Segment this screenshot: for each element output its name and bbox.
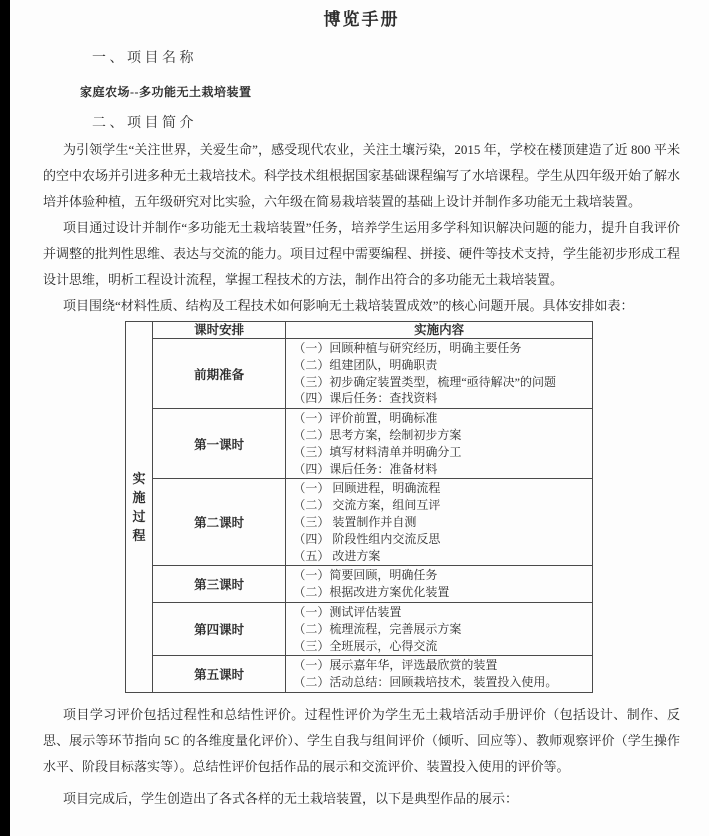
item-line: （二）思考方案，绘制初步方案 [293,427,590,444]
table-row-lesson-1: 第一课时 （一）评价前置，明确标准 （二）思考方案，绘制初步方案 （三）填写材料… [126,409,593,479]
row-label: 第三课时 [153,566,286,603]
table-row-lesson-3: 第三课时 （一）简要回顾，明确任务 （二）根据改进方案优化装置 [126,566,593,603]
section-heading-project-intro: 二、项目简介 [92,115,680,133]
item-line: （四）课后任务：查找资料 [293,390,590,407]
item-line: （四） 阶段性组内交流反思 [293,531,590,548]
item-line: （二）组建团队，明确职责 [293,357,590,374]
item-line: （五） 改进方案 [293,548,590,565]
vertical-label-char: 实 [126,469,152,488]
row-items: （一）测试评估装置 （二）梳理流程，完善展示方案 （三）全班展示，心得交流 [286,602,593,655]
item-line: （一）简要回顾，明确任务 [293,567,590,584]
table-row-lesson-5: 第五课时 （一）展示嘉年华，评选最欣赏的装置 （二）活动总结：回顾栽培技术，装置… [126,656,593,693]
page-left-edge [0,0,10,836]
document-page: 博览手册 一、项目名称 家庭农场--多功能无土栽培装置 二、项目简介 为引领学生… [0,0,709,836]
row-items: （一）回顾种植与研究经历，明确主要任务 （二）组建团队，明确职责 （三）初步确定… [286,339,593,409]
item-line: （四）课后任务：准备材料 [293,461,590,478]
page-title: 博览手册 [43,5,680,31]
item-line: （一） 回顾进程，明确流程 [293,480,590,497]
table-header-schedule: 课时安排 [153,322,286,339]
item-line: （一）展示嘉年华，评选最欣赏的装置 [293,657,590,674]
row-label: 第二课时 [153,479,286,566]
table-row-lesson-2: 第二课时 （一） 回顾进程，明确流程 （二） 交流方案，组间互评 （三） 装置制… [126,479,593,566]
table-header-row: 实 施 过 程 课时安排 实施内容 [126,322,593,339]
row-items: （一） 回顾进程，明确流程 （二） 交流方案，组间互评 （三） 装置制作并自测 … [286,479,593,566]
row-label: 前期准备 [153,339,286,409]
row-items: （一）简要回顾，明确任务 （二）根据改进方案优化装置 [286,566,593,603]
document-content: 博览手册 一、项目名称 家庭农场--多功能无土栽培装置 二、项目简介 为引领学生… [10,0,709,812]
row-items: （一）展示嘉年华，评选最欣赏的装置 （二）活动总结：回顾栽培技术，装置投入使用。 [286,656,593,693]
row-items: （一）评价前置，明确标准 （二）思考方案，绘制初步方案 （三）填写材料清单并明确… [286,409,593,479]
paragraph-completion: 项目完成后，学生创造出了各式各样的无土栽培装置，以下是典型作品的展示： [43,786,680,812]
item-line: （三）填写材料清单并明确分工 [293,444,590,461]
item-line: （三）初步确定装置类型，梳理“亟待解决”的问题 [293,374,590,391]
item-line: （一）测试评估装置 [293,604,590,621]
item-line: （一）评价前置，明确标准 [293,410,590,427]
item-line: （三） 装置制作并自测 [293,514,590,531]
item-line: （二）根据改进方案优化装置 [293,584,590,601]
paragraph-evaluation: 项目学习评价包括过程性和总结性评价。过程性评价为学生无土栽培活动手册评价（包括设… [43,702,680,780]
vertical-label-char: 施 [126,488,152,507]
table-header-content: 实施内容 [286,322,593,339]
paragraph-intro-2: 项目通过设计并制作“多功能无土栽培装置”任务，培养学生运用多学科知识解决问题的能… [43,215,680,293]
paragraph-table-lead: 项目围绕“材料性质、结构及工程技术如何影响无土栽培装置成效”的核心问题开展。具体… [43,293,680,319]
section-heading-project-name: 一、项目名称 [92,50,680,68]
table-row-lesson-4: 第四课时 （一）测试评估装置 （二）梳理流程，完善展示方案 （三）全班展示，心得… [126,602,593,655]
row-label: 第一课时 [153,409,286,479]
vertical-label-char: 过 [126,507,152,526]
table-row-prep: 前期准备 （一）回顾种植与研究经历，明确主要任务 （二）组建团队，明确职责 （三… [126,339,593,409]
row-label: 第四课时 [153,602,286,655]
paragraph-intro-1: 为引领学生“关注世界，关爱生命”，感受现代农业，关注土壤污染，2015 年，学校… [43,137,680,215]
project-name-text: 家庭农场--多功能无土栽培装置 [80,85,680,100]
item-line: （二）梳理流程，完善展示方案 [293,621,590,638]
item-line: （一）回顾种植与研究经历，明确主要任务 [293,340,590,357]
row-label: 第五课时 [153,656,286,693]
table-row-group-label-cell: 实 施 过 程 [126,322,153,693]
vertical-label-char: 程 [126,526,152,545]
item-line: （二）活动总结：回顾栽培技术，装置投入使用。 [293,674,590,691]
item-line: （三）全班展示，心得交流 [293,638,590,655]
schedule-table: 实 施 过 程 课时安排 实施内容 前期准备 （一）回顾种植与研究经历，明确主要… [125,321,593,693]
item-line: （二） 交流方案，组间互评 [293,497,590,514]
